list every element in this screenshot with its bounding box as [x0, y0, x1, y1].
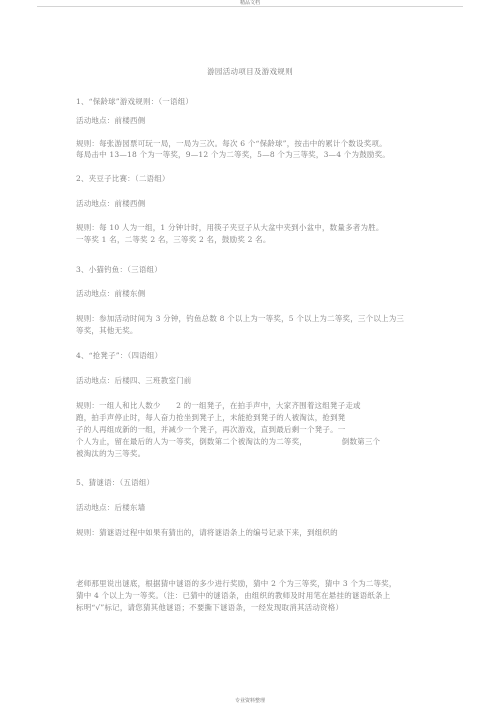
section-rule-line: 个人为止，留在最后的人为一等奖，倒数第二个被淘汰的为二等奖， 倒数第三个	[76, 436, 380, 447]
section-rule-line: 被淘汰的为三等奖。	[76, 448, 145, 459]
continuation-line: 标明“√”标记，请您猜其他谜语；不要撕下谜语条，一经发现取消其活动资格）	[76, 602, 343, 613]
section-rule-line: 子的人再组成新的一组，并减少一个凳子，再次游戏，直到最后剩一个凳子。一	[76, 424, 346, 435]
section-rule-line: 一等奖 1 名，二等奖 2 名，三等奖 2 名，鼓励奖 2 名。	[76, 234, 271, 245]
section-rule-line: 规则：每 10 人为一组，1 分钟计时，用筷子夹豆子从大盆中夹到小盆中，数量多者…	[76, 222, 384, 233]
document-title: 游园活动项目及游戏规则	[0, 66, 500, 77]
section-heading: 5、猜谜语：（五语组）	[76, 477, 154, 488]
section-rule-line: 跑，拍手声停止时，每人奋力抢坐到凳子上，未能抢到凳子的人被淘汰，抢到凳	[76, 412, 346, 423]
page-footer: 专业资料整理	[0, 697, 500, 704]
section-heading: 4、“抢凳子”：（四语组）	[76, 350, 162, 361]
section-location: 活动地点：后楼东墙	[76, 502, 145, 513]
continuation-line: 猜中 4 个以上为一等奖。（注：已猜中的谜语条，由组织的教师及时用笔在悬挂的谜语…	[76, 590, 390, 601]
section-heading: 2、夹豆子比赛：（二语组）	[76, 173, 170, 184]
section-rule-line: 规则：参加活动时间为 3 分钟，钓鱼总数 8 个以上为一等奖，5 个以上为二等奖…	[76, 313, 404, 324]
section-rule-line: 等奖，其他无奖。	[76, 325, 138, 336]
continuation-line: 老师那里说出谜底，根据猜中谜语的多少进行奖励，猜中 2 个为三等奖，猜中 3 个…	[76, 578, 397, 589]
section-location: 活动地点：前楼东侧	[76, 288, 145, 299]
section-rule-line: 规则：一组人和比人数少 2 的一组凳子，在拍手声中，大家齐围着这组凳子走或	[76, 400, 361, 411]
section-heading: 3、小猫钓鱼：（三语组）	[76, 264, 162, 275]
section-location: 活动地点：前楼西侧	[76, 115, 145, 126]
section-location: 活动地点：后楼四、三班教室门前	[76, 375, 192, 386]
header-divider	[37, 6, 463, 7]
section-rule-line: 每局击中 13—18 个为一等奖，9—12 个为二等奖，5—8 个为三等奖，3—…	[76, 149, 390, 160]
section-location: 活动地点：前楼西侧	[76, 198, 145, 209]
section-rule-line: 规则：每张游园票可玩一局，一局为三次。每次 6 个“保龄球”，按击中的累计个数设…	[76, 138, 387, 149]
section-rule-line: 规则：猜谜语过程中如果有猜出的，请将谜语条上的编号记录下来，到组织的	[76, 527, 338, 538]
section-heading: 1、“保龄球”游戏规则：（一语组）	[76, 96, 193, 107]
